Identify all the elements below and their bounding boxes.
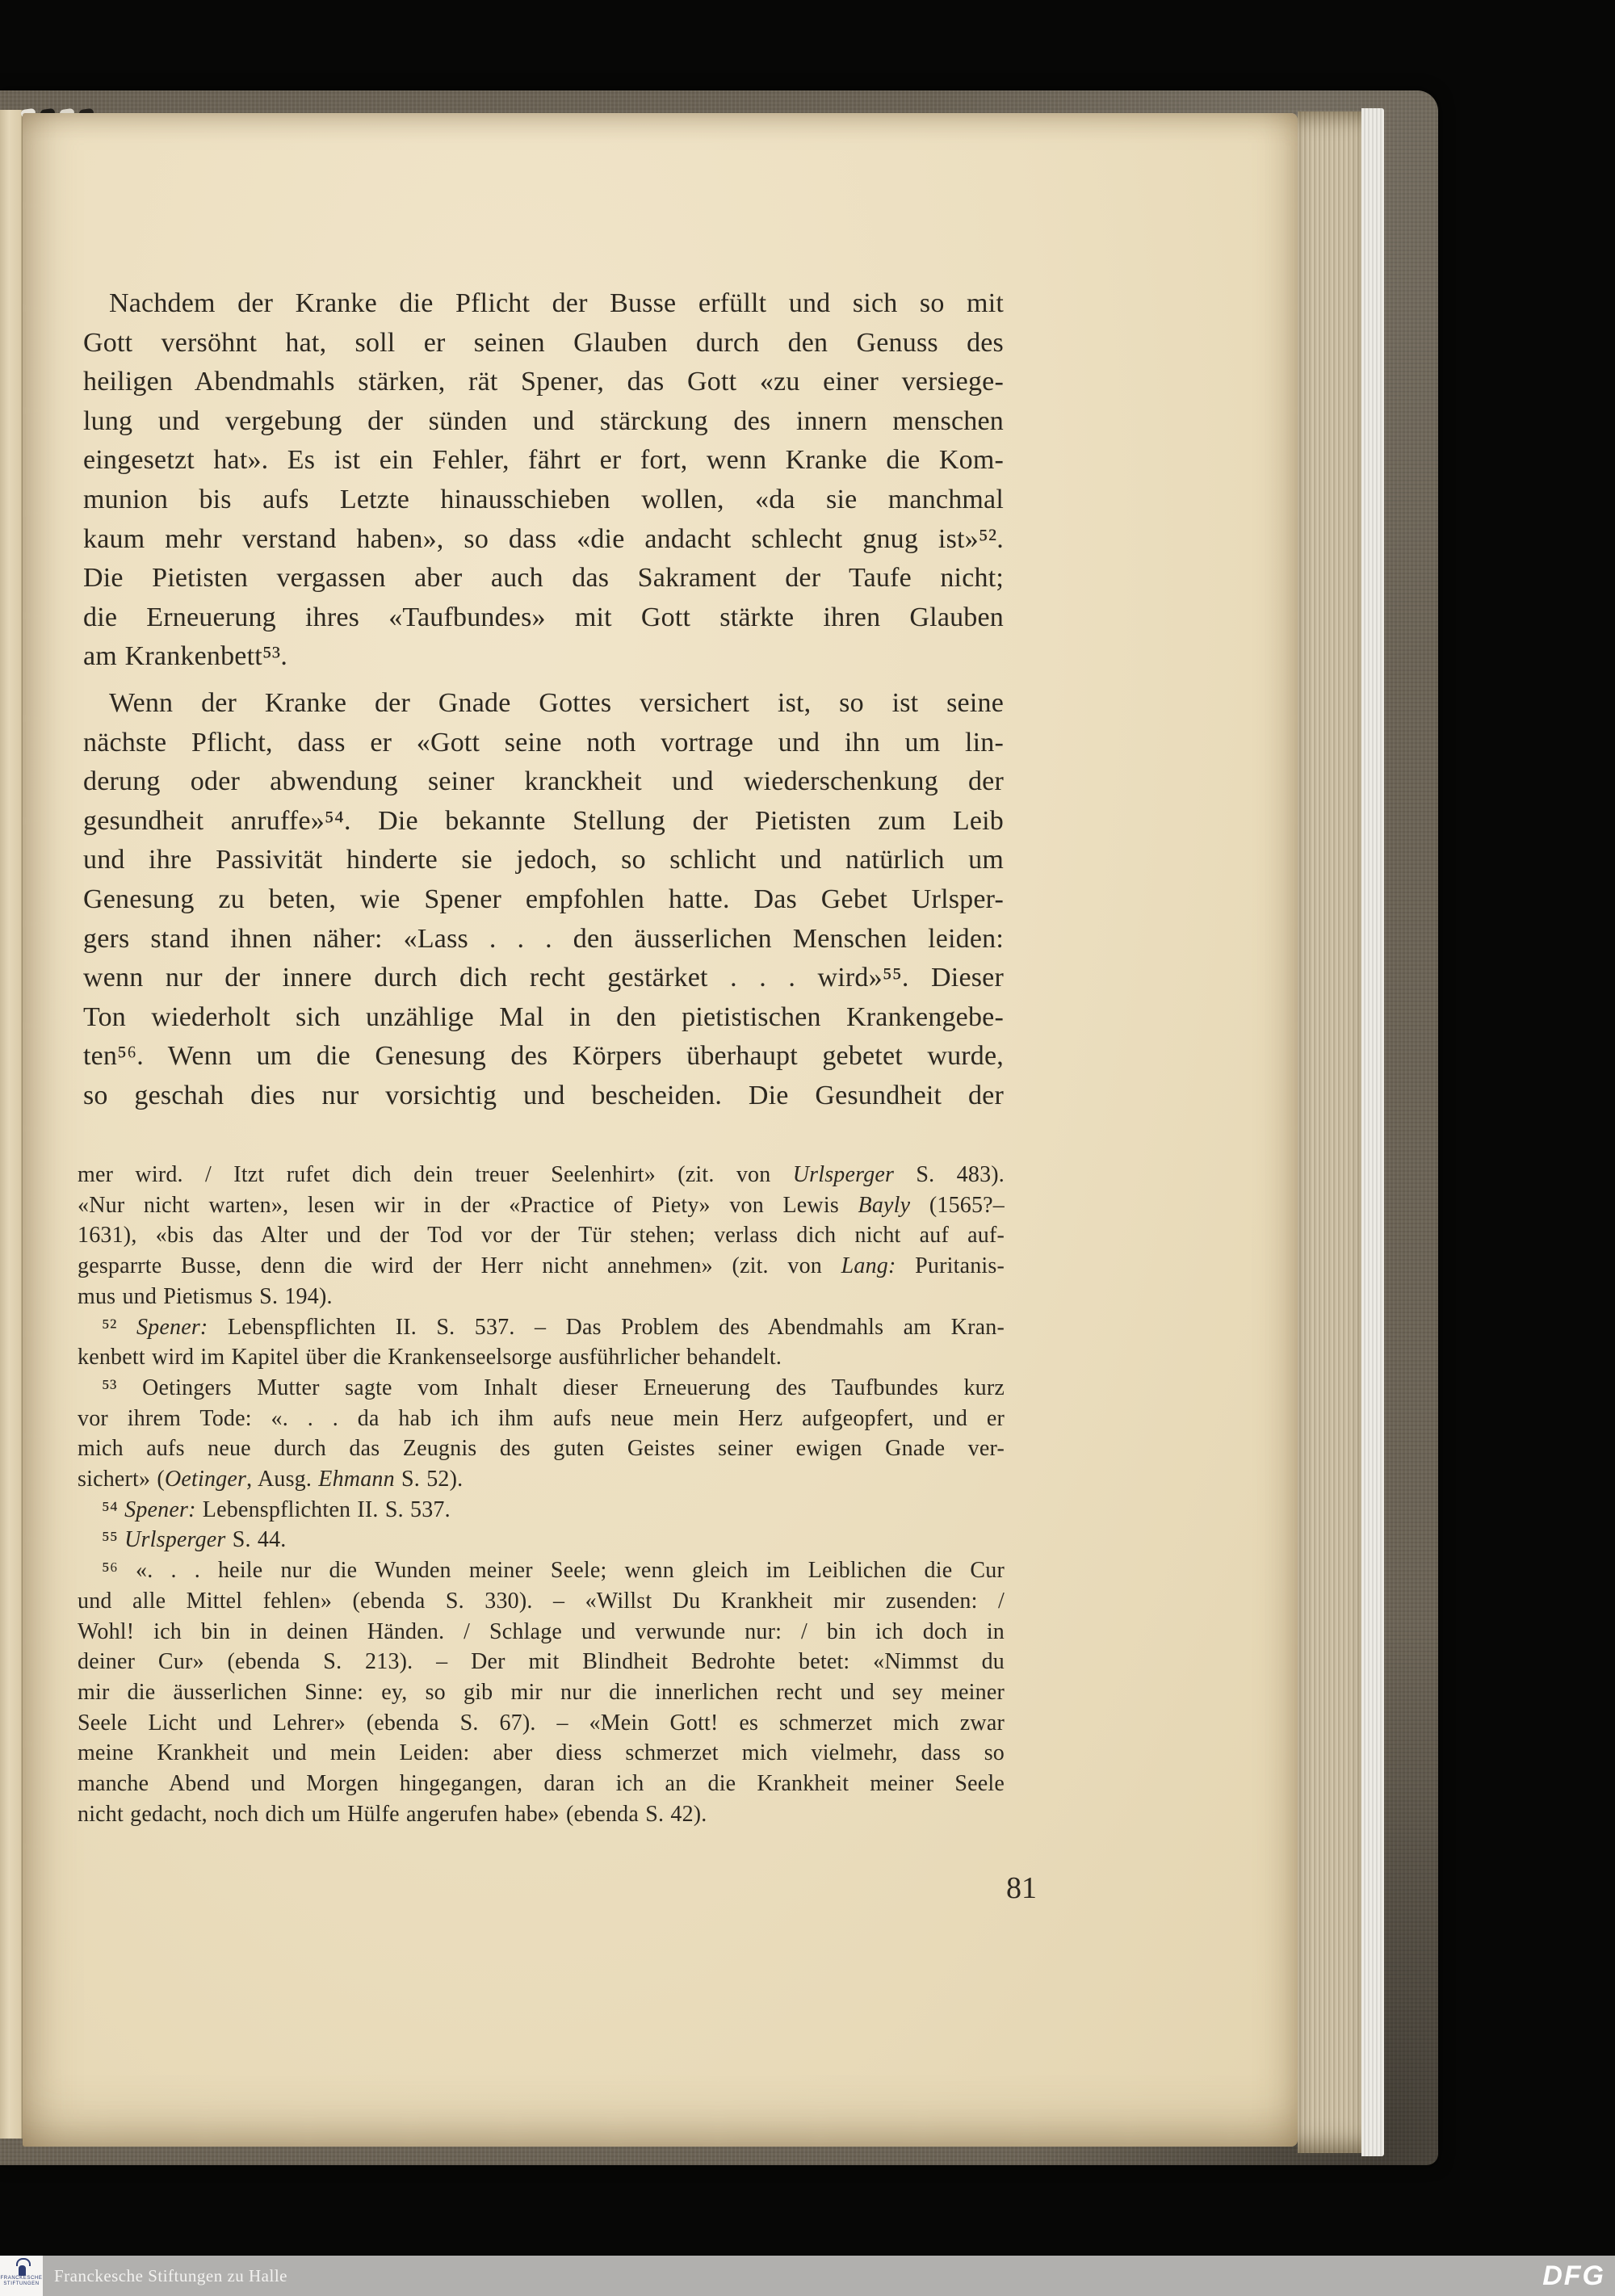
text-line: deiner Cur» (ebenda S. 213). – Der mit B… xyxy=(78,1647,1005,1677)
text-line: kenbett wird im Kapitel über die Kranken… xyxy=(78,1342,1005,1373)
text-line: gesparrte Busse, denn die wird der Herr … xyxy=(78,1251,1005,1282)
text-line: manche Abend und Morgen hingegangen, dar… xyxy=(78,1769,1005,1799)
text-line: wenn nur der innere durch dich recht ges… xyxy=(83,959,1004,998)
text-line: sichert» (Oetinger, Ausg. Ehmann S. 52). xyxy=(78,1464,1005,1495)
text-line: gesundheit anruffe»⁵⁴. Die bekannte Stel… xyxy=(83,802,1004,842)
text-line: Die Pietisten vergassen aber auch das Sa… xyxy=(83,559,1004,598)
text-line: nächste Pflicht, dass er «Gott seine not… xyxy=(83,724,1004,763)
book-scan-photo: Nachdem der Kranke die Pflicht der Busse… xyxy=(0,0,1615,2296)
text-line: ⁵⁵ Urlsperger S. 44. xyxy=(78,1525,1005,1555)
dfg-logo: DFG xyxy=(1542,2256,1605,2296)
footnotes-text: mer wird. / Itzt rufet dich dein treuer … xyxy=(78,1160,1005,1829)
page-edge-white xyxy=(1361,108,1384,2156)
footer-bar: FRANCKESCHE STIFTUNGEN Franckesche Stift… xyxy=(0,2256,1615,2296)
text-line: derung oder abwendung seiner kranckheit … xyxy=(83,762,1004,802)
text-line: Gott versöhnt hat, soll er seinen Glaube… xyxy=(83,324,1004,363)
text-line: Wenn der Kranke der Gnade Gottes versich… xyxy=(83,684,1004,724)
text-line: ⁵⁶ «. . . heile nur die Wunden meiner Se… xyxy=(78,1555,1005,1586)
paragraph: ⁵² Spener: Lebenspflichten II. S. 537. –… xyxy=(78,1312,1005,1373)
text-line: munion bis aufs Letzte hinausschieben wo… xyxy=(83,481,1004,520)
text-line: und ihre Passivität hinderte sie jedoch,… xyxy=(83,841,1004,880)
text-line: Ton wiederholt sich unzählige Mal in den… xyxy=(83,998,1004,1038)
paragraph: Wenn der Kranke der Gnade Gottes versich… xyxy=(83,684,1004,1116)
text-line: heiligen Abendmahls stärken, rät Spener,… xyxy=(83,363,1004,402)
text-line: mer wird. / Itzt rufet dich dein treuer … xyxy=(78,1160,1005,1190)
paragraph: ⁵⁴ Spener: Lebenspflichten II. S. 537. xyxy=(78,1495,1005,1526)
paragraph: ⁵⁵ Urlsperger S. 44. xyxy=(78,1525,1005,1555)
text-line: mich aufs neue durch das Zeugnis des gut… xyxy=(78,1433,1005,1464)
body-text: Nachdem der Kranke die Pflicht der Busse… xyxy=(83,284,1004,1115)
logo-caption-line2: STIFTUNGEN xyxy=(3,2281,39,2287)
text-line: kaum mehr verstand haben», so dass «die … xyxy=(83,520,1004,560)
text-line: lung und vergebung der sünden und stärck… xyxy=(83,402,1004,442)
text-line: eingesetzt hat». Es ist ein Fehler, fähr… xyxy=(83,441,1004,481)
institution-logo-box: FRANCKESCHE STIFTUNGEN xyxy=(0,2256,43,2296)
logo-figure-shape xyxy=(19,2265,26,2276)
text-line: mus und Pietismus S. 194). xyxy=(78,1282,1005,1312)
text-line: ten⁵⁶. Wenn um die Genesung des Körpers … xyxy=(83,1037,1004,1077)
page-edge-stack xyxy=(1298,111,1361,2153)
logo-caption-line1: FRANCKESCHE xyxy=(1,2276,43,2281)
text-line: Wohl! ich bin in deinen Händen. / Schlag… xyxy=(78,1617,1005,1647)
text-line: ⁵³ Oetingers Mutter sagte vom Inhalt die… xyxy=(78,1373,1005,1404)
text-line: ⁵² Spener: Lebenspflichten II. S. 537. –… xyxy=(78,1312,1005,1343)
text-line: Seele Licht und Lehrer» (ebenda S. 67). … xyxy=(78,1708,1005,1739)
text-line: ⁵⁴ Spener: Lebenspflichten II. S. 537. xyxy=(78,1495,1005,1526)
institution-name: Franckesche Stiftungen zu Halle xyxy=(54,2256,287,2296)
text-line: Genesung zu beten, wie Spener empfohlen … xyxy=(83,880,1004,920)
text-line: gers stand ihnen näher: «Lass . . . den … xyxy=(83,920,1004,959)
text-line: am Krankenbett⁵³. xyxy=(83,637,1004,677)
text-line: und alle Mittel fehlen» (ebenda S. 330).… xyxy=(78,1586,1005,1617)
text-line: 1631), «bis das Alter und der Tod vor de… xyxy=(78,1220,1005,1251)
page-number: 81 xyxy=(888,1870,1037,1906)
paragraph: mer wird. / Itzt rufet dich dein treuer … xyxy=(78,1160,1005,1312)
paragraph: ⁵³ Oetingers Mutter sagte vom Inhalt die… xyxy=(78,1373,1005,1495)
previous-page-sliver xyxy=(0,110,23,2139)
text-line: die Erneuerung ihres «Taufbundes» mit Go… xyxy=(83,598,1004,638)
franckesche-stiftungen-logo-icon xyxy=(13,2258,31,2276)
text-line: meine Krankheit und mein Leiden: aber di… xyxy=(78,1738,1005,1769)
paragraph: ⁵⁶ «. . . heile nur die Wunden meiner Se… xyxy=(78,1555,1005,1829)
text-line: mir die äusserlichen Sinne: ey, so gib m… xyxy=(78,1677,1005,1708)
text-line: Nachdem der Kranke die Pflicht der Busse… xyxy=(83,284,1004,324)
text-line: vor ihrem Tode: «. . . da hab ich ihm au… xyxy=(78,1404,1005,1434)
text-line: «Nur nicht warten», lesen wir in der «Pr… xyxy=(78,1190,1005,1221)
text-line: nicht gedacht, noch dich um Hülfe angeru… xyxy=(78,1799,1005,1830)
text-line: so geschah dies nur vorsichtig und besch… xyxy=(83,1077,1004,1116)
paragraph: Nachdem der Kranke die Pflicht der Busse… xyxy=(83,284,1004,677)
